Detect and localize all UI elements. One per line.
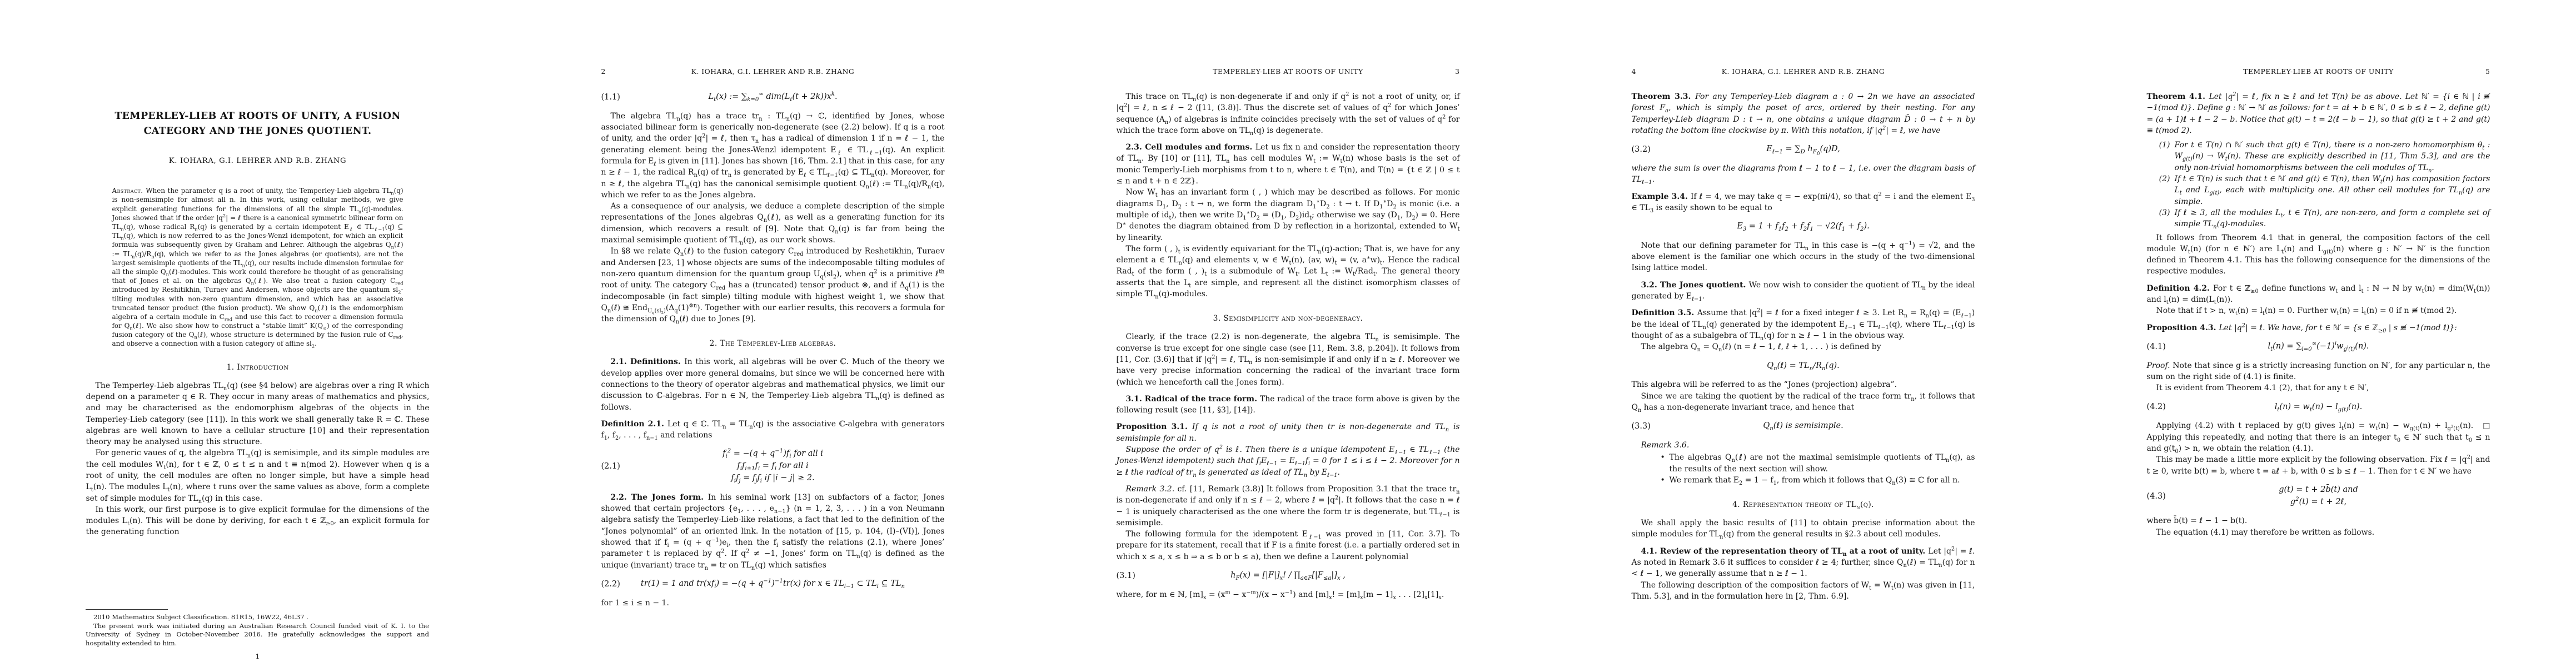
footnote-area: 2010 Mathematics Subject Classification.… (86, 609, 429, 648)
paragraph-label: Proposition 3.1. (1117, 422, 1193, 431)
list-item-marker: (2) (2151, 173, 2175, 207)
header-running-title: TEMPERLEY-LIEB AT ROOTS OF UNITY (2169, 68, 2468, 76)
paragraph-label: Definition 4.2. (2147, 284, 2213, 293)
list-item-text: If t ∈ T(n) is such that t ∈ ℕ′ and g(t)… (2175, 173, 2490, 207)
paragraph-label: 3.2. The Jones quotient. (1641, 281, 1749, 290)
equation-line: tr(1) = 1 and tr(xfi) = −(q + q−1)−1tr(x… (601, 578, 945, 590)
header-page-number-left: 2 (601, 68, 624, 76)
paragraph: Clearly, if the trace (2.2) is non-degen… (1117, 331, 1460, 387)
paragraph-text: Since we are taking the quotient by the … (1632, 392, 1975, 412)
paragraph-text: The algebra TLn(q) has a trace trn : TLn… (601, 112, 945, 200)
abstract-label: Abstract. (112, 187, 146, 195)
footnote: 2010 Mathematics Subject Classification.… (86, 613, 429, 622)
paragraph-text: where, for m ∈ ℕ, [m]x = (xm − x−m)/(x −… (1117, 590, 1444, 599)
display-equation: (3.3)Qn(ℓ) is semisimple. (1632, 420, 1975, 432)
paragraph-text: Now Wt has an invariant form ( , ) which… (1117, 188, 1460, 242)
display-equation: (3.2)Eℓ−1 = ∑D hFD̄(q)D, (1632, 143, 1975, 156)
paragraph-text: The following description of the composi… (1632, 581, 1975, 601)
paragraph: Proof. Note that since g is a strictly i… (2147, 360, 2490, 383)
equation-line: Qn(ℓ) = TLn/Rn(q). (1632, 360, 1975, 372)
paragraph: Note that our defining parameter for TLn… (1632, 240, 1975, 274)
paragraph: Proposition 3.1. If q is not a root of u… (1117, 421, 1460, 444)
paragraph-text: Let |q2| = ℓ. We have, for t ∈ ℕ′ = {s ∈… (2219, 323, 2457, 332)
paragraph: 3.1. Radical of the trace form. The radi… (1117, 394, 1460, 416)
display-equation: (4.3)g(t) = t + 2b̄(t) andg2(t) = t + 2ℓ… (2147, 484, 2490, 509)
bullet-icon: • (1661, 475, 1670, 486)
paragraph-text: Note that our defining parameter for TLn… (1632, 241, 1975, 273)
paragraph-label: 3.1. Radical of the trace form. (1126, 395, 1260, 404)
paragraph: The equation (4.1) may therefore be writ… (2147, 527, 2490, 538)
paragraph-text: where b̄(t) = ℓ − 1 − b(t). (2147, 516, 2248, 525)
equation-line: E3 = 1 + f1f2 + f2f1 − √2(f1 + f2). (1632, 221, 1975, 233)
paragraph-label: Definition 3.5. (1632, 308, 1697, 317)
paragraph-text: The following formula for the idempotent… (1117, 530, 1460, 561)
equation-line: fi2 = −(q + q−1)fi for all i (601, 448, 945, 460)
list-item-text: For t ∈ T(n) ∩ ℕ′ such that g(t) ∈ T(n),… (2175, 140, 2490, 173)
paragraph: Note that if t > n, wt(n) = lt(n) = 0. F… (2147, 305, 2490, 316)
display-equation: (1.1)Lt(x) := ∑k=0∞ dim(Lt(t + 2k))xk. (601, 91, 945, 103)
paragraph: The Temperley-Lieb algebras TLn(q) (see … (86, 380, 430, 448)
paragraph: In this work, our first purpose is to gi… (86, 504, 430, 538)
list-item-text: If ℓ ≥ 3, all the modules Lt, t ∈ T(n), … (2175, 207, 2490, 230)
page-3: TEMPERLEY-LIEB AT ROOTS OF UNITY3This tr… (1030, 0, 1546, 667)
paragraph: Since we are taking the quotient by the … (1632, 391, 1975, 414)
paragraph-label: Definition 2.1. (601, 420, 667, 429)
page-2-content: 2K. IOHARA, G.I. LEHRER AND R.B. ZHANG(1… (601, 0, 945, 609)
running-header: TEMPERLEY-LIEB AT ROOTS OF UNITY5 (2147, 68, 2490, 76)
theorem-list: (1)For t ∈ T(n) ∩ ℕ′ such that g(t) ∈ T(… (2151, 140, 2490, 230)
paragraph-text: Note that if t > n, wt(n) = lt(n) = 0. F… (2156, 306, 2457, 315)
paragraph: where b̄(t) = ℓ − 1 − b(t). (2147, 515, 2490, 526)
page-2: 2K. IOHARA, G.I. LEHRER AND R.B. ZHANG(1… (515, 0, 1030, 667)
equation-line: Qn(ℓ) is semisimple. (1632, 420, 1975, 432)
paragraph-label: 2.3. Cell modules and forms. (1126, 143, 1255, 152)
paragraph: Suppose the order of q2 is ℓ. Then there… (1117, 444, 1460, 478)
equation-line: lt(n) = ∑i=0∞(−1)iwgi(t)(n). (2147, 341, 2490, 353)
paragraph: 2.1. Definitions. In this work, all alge… (601, 356, 945, 412)
paragraph: This algebra will be referred to as the … (1632, 379, 1975, 390)
section-heading: 4. Representation theory of TLn(q). (1632, 500, 1975, 509)
paragraph: The following formula for the idempotent… (1117, 529, 1460, 563)
paragraph: 2.3. Cell modules and forms. Let us fix … (1117, 142, 1460, 187)
footnote: The present work was initiated during an… (86, 622, 429, 648)
equation-number: (1.1) (601, 93, 620, 102)
paragraph-text: This algebra will be referred to as the … (1632, 380, 1897, 389)
page-1-content: TEMPERLEY-LIEB AT ROOTS OF UNITY, A FUSI… (86, 0, 430, 538)
bullet-item: •We remark that E2 = 1 − f1, from which … (1661, 475, 1975, 486)
paragraph-text: Clearly, if the trace (2.2) is non-degen… (1117, 332, 1460, 386)
page-4: 4K. IOHARA, G.I. LEHRER AND R.B. ZHANGTh… (1546, 0, 2061, 667)
equation-number: (4.2) (2147, 402, 2166, 411)
paragraph: 3.2. The Jones quotient. We now wish to … (1632, 280, 1975, 302)
header-page-number-left (2147, 68, 2169, 76)
running-header: 2K. IOHARA, G.I. LEHRER AND R.B. ZHANG (601, 68, 945, 76)
abstract-text: When the parameter q is a root of unity,… (112, 187, 403, 347)
paragraph-label: Theorem 3.3. (1632, 92, 1696, 101)
header-page-number-right: 5 (2468, 68, 2490, 76)
running-header: TEMPERLEY-LIEB AT ROOTS OF UNITY3 (1117, 68, 1460, 76)
paragraph-label: Proof. (2147, 361, 2173, 370)
paragraph: The form ( , )t is evidently equivariant… (1117, 243, 1460, 300)
bullet-text: The algebras Qn(ℓ) are not the maximal s… (1670, 452, 1975, 475)
paragraph-label: Remark 3.2. (1126, 485, 1178, 494)
paragraph-text: Suppose the order of q2 is ℓ. Then there… (1117, 445, 1460, 477)
paragraph-text: This trace on TLn(q) is non-degenerate i… (1117, 92, 1460, 135)
paragraph-text: This may be made a little more explicit … (2147, 455, 2490, 475)
equation-number: (2.1) (601, 462, 620, 471)
paragraph-text: Applying (4.2) with t replaced by g(t) g… (2147, 421, 2490, 453)
header-page-number-left: 4 (1632, 68, 1654, 76)
paragraph: Theorem 4.1. Let |q2| = ℓ, fix n ≥ ℓ and… (2147, 91, 2490, 136)
paragraph: This may be made a little more explicit … (2147, 454, 2490, 477)
paragraph: It follows from Theorem 4.1 that in gene… (2147, 232, 2490, 277)
paragraph-text: In §8 we relate Qn(ℓ) to the fusion cate… (601, 247, 945, 323)
list-item-marker: (1) (2151, 140, 2175, 173)
footnote-rule (86, 609, 168, 610)
running-header: 4K. IOHARA, G.I. LEHRER AND R.B. ZHANG (1632, 68, 1975, 76)
display-equation: (4.1)lt(n) = ∑i=0∞(−1)iwgi(t)(n). (2147, 341, 2490, 353)
paragraph: For generic vaues of q, the algebra TLn(… (86, 447, 430, 504)
list-item: (1)For t ∈ T(n) ∩ ℕ′ such that g(t) ∈ T(… (2151, 140, 2490, 173)
paragraph: In §8 we relate Qn(ℓ) to the fusion cate… (601, 246, 945, 325)
equation-number: (4.3) (2147, 492, 2166, 501)
paragraph-text: It is evident from Theorem 4.1 (2), that… (2156, 384, 2369, 392)
paragraph-label: Theorem 4.1. (2147, 92, 2209, 101)
bullet-icon: • (1661, 452, 1670, 475)
bullet-text: We remark that E2 = 1 − f1, from which i… (1670, 475, 1975, 486)
header-running-title: K. IOHARA, G.I. LEHRER AND R.B. ZHANG (1654, 68, 1953, 76)
paragraph-text: As a consequence of our analysis, we ded… (601, 202, 945, 245)
paragraph: The following description of the composi… (1632, 580, 1975, 603)
paragraph: 4.1. Review of the representation theory… (1632, 546, 1975, 580)
equation-number: (3.1) (1117, 571, 1135, 580)
equation-line: hF(x) = [|F|]x! / ∏a∈F[|F≤a|]x , (1117, 570, 1460, 582)
equation-number: (3.2) (1632, 145, 1651, 154)
paragraph-label: Proposition 4.3. (2147, 323, 2219, 332)
header-page-number-left (1117, 68, 1139, 76)
paragraph: Definition 2.1. Let q ∈ ℂ. TLn = TLn(q) … (601, 419, 945, 441)
equation-line: fifi±1fi = fi for all i (601, 460, 945, 472)
paragraph: □Applying (4.2) with t replaced by g(t) … (2147, 420, 2490, 454)
header-page-number-right: 3 (1438, 68, 1460, 76)
paragraph: where, for m ∈ ℕ, [m]x = (xm − x−m)/(x −… (1117, 589, 1460, 600)
bullet-item: •The algebras Qn(ℓ) are not the maximal … (1661, 452, 1975, 475)
page-3-content: TEMPERLEY-LIEB AT ROOTS OF UNITY3This tr… (1117, 0, 1460, 600)
paragraph-text: For generic vaues of q, the algebra TLn(… (86, 449, 430, 502)
paragraph: We shall apply the basic results of [11]… (1632, 517, 1975, 540)
paragraph-label: 2.2. The Jones form. (611, 493, 708, 502)
list-item: (2)If t ∈ T(n) is such that t ∈ ℕ′ and g… (2151, 173, 2490, 207)
page-5-content: TEMPERLEY-LIEB AT ROOTS OF UNITY5Theorem… (2147, 0, 2490, 538)
display-equation: Qn(ℓ) = TLn/Rn(q). (1632, 360, 1975, 372)
equation-number: (4.1) (2147, 342, 2166, 351)
paragraph-text: In this work, our first purpose is to gi… (86, 505, 430, 537)
paragraph-text: We shall apply the basic results of [11]… (1632, 519, 1975, 539)
paragraph: Proposition 4.3. Let |q2| = ℓ. We have, … (2147, 322, 2490, 333)
paragraph: where the sum is over the diagrams from … (1632, 163, 1975, 186)
paper-title: TEMPERLEY-LIEB AT ROOTS OF UNITY, A FUSI… (86, 109, 430, 139)
paragraph-text: It follows from Theorem 4.1 that in gene… (2147, 233, 2490, 276)
section-heading: 1. Introduction (86, 363, 430, 372)
header-running-title: TEMPERLEY-LIEB AT ROOTS OF UNITY (1139, 68, 1438, 76)
arxiv-paper-view: { "watermark": "arXiv:1707.01196v1 [math… (0, 0, 2576, 667)
display-equation: (4.2)lt(n) = wt(n) − lg(t)(n). (2147, 401, 2490, 414)
page-number: 1 (0, 652, 515, 660)
page-4-content: 4K. IOHARA, G.I. LEHRER AND R.B. ZHANGTh… (1632, 0, 1975, 602)
paragraph: Example 3.4. If ℓ = 4, we may take q = −… (1632, 191, 1975, 214)
section-heading: 2. The Temperley-Lieb algebras. (601, 339, 945, 348)
paragraph-label: Example 3.4. (1632, 192, 1691, 201)
equation-line: g2(t) = t + 2ℓ, (2147, 496, 2490, 509)
authors: K. IOHARA, G.I. LEHRER AND R.B. ZHANG (86, 157, 430, 165)
paragraph-text: Note that since g is a strictly increasi… (2147, 361, 2490, 381)
paragraph: Now Wt has an invariant form ( , ) which… (1117, 187, 1460, 243)
equation-line: g(t) = t + 2b̄(t) and (2147, 484, 2490, 496)
display-equation: E3 = 1 + f1f2 + f2f1 − √2(f1 + f2). (1632, 221, 1975, 233)
paragraph: Definition 3.5. Assume that |q2| = ℓ for… (1632, 307, 1975, 341)
paragraph: Remark 3.6. (1632, 440, 1975, 451)
paragraph: 2.2. The Jones form. In his seminal work… (601, 492, 945, 571)
paragraph: The algebra TLn(q) has a trace trn : TLn… (601, 111, 945, 201)
page-5: TEMPERLEY-LIEB AT ROOTS OF UNITY5Theorem… (2061, 0, 2576, 667)
equation-number: (3.3) (1632, 422, 1651, 431)
equation-line: Eℓ−1 = ∑D hFD̄(q)D, (1632, 143, 1975, 156)
list-item-marker: (3) (2151, 207, 2175, 230)
paragraph: Remark 3.2. cf. [11, Remark (3.8)] It fo… (1117, 484, 1460, 529)
paragraph: It is evident from Theorem 4.1 (2), that… (2147, 382, 2490, 394)
display-equation: (2.2)tr(1) = 1 and tr(xfi) = −(q + q−1)−… (601, 578, 945, 590)
header-page-number-right (923, 68, 945, 76)
paragraph: for 1 ≤ i ≤ n − 1. (601, 598, 945, 609)
paragraph: This trace on TLn(q) is non-degenerate i… (1117, 91, 1460, 136)
list-item: (3)If ℓ ≥ 3, all the modules Lt, t ∈ T(n… (2151, 207, 2490, 230)
paragraph-text: The algebra Qn = Qn(ℓ) (n = ℓ − 1, ℓ, ℓ … (1641, 342, 1881, 351)
paragraph-label: 4.1. Review of the representation theory… (1641, 547, 1929, 556)
equation-line: Lt(x) := ∑k=0∞ dim(Lt(t + 2k))xk. (601, 91, 945, 103)
equation-line: fifj = fjfi if |i − j| ≥ 2. (601, 472, 945, 485)
paragraph-text: The form ( , )t is evidently equivariant… (1117, 245, 1460, 298)
header-page-number-right (1953, 68, 1975, 76)
paragraph-text: The equation (4.1) may therefore be writ… (2156, 528, 2375, 537)
paragraph-text: In his seminal work [13] on subfactors o… (601, 493, 945, 570)
abstract: Abstract. When the parameter q is a root… (112, 186, 403, 348)
qed-box: □ (2473, 420, 2490, 431)
page-1: TEMPERLEY-LIEB AT ROOTS OF UNITY, A FUSI… (0, 0, 515, 667)
paragraph-label: Remark 3.6. (1641, 441, 1690, 450)
paragraph: As a consequence of our analysis, we ded… (601, 201, 945, 246)
remark-bullets: •The algebras Qn(ℓ) are not the maximal … (1661, 452, 1975, 486)
header-running-title: K. IOHARA, G.I. LEHRER AND R.B. ZHANG (624, 68, 923, 76)
display-equation: (3.1)hF(x) = [|F|]x! / ∏a∈F[|F≤a|]x , (1117, 570, 1460, 582)
paragraph-text: for 1 ≤ i ≤ n − 1. (601, 599, 669, 608)
equation-line: lt(n) = wt(n) − lg(t)(n). (2147, 401, 2490, 414)
paragraph: The algebra Qn = Qn(ℓ) (n = ℓ − 1, ℓ, ℓ … (1632, 341, 1975, 352)
section-heading: 3. Semisimplicity and non-degeneracy. (1117, 314, 1460, 323)
paragraph-label: 2.1. Definitions. (611, 357, 685, 366)
display-equation: (2.1)fi2 = −(q + q−1)fi for all ififi±1f… (601, 448, 945, 484)
paragraph: Theorem 3.3. For any Temperley-Lieb diag… (1632, 91, 1975, 136)
paragraph: Definition 4.2. For t ∈ ℤ≥0 define funct… (2147, 283, 2490, 306)
equation-number: (2.2) (601, 580, 620, 589)
paragraph-text: where the sum is over the diagrams from … (1632, 164, 1975, 184)
paragraph-text: The Temperley-Lieb algebras TLn(q) (see … (86, 381, 430, 446)
